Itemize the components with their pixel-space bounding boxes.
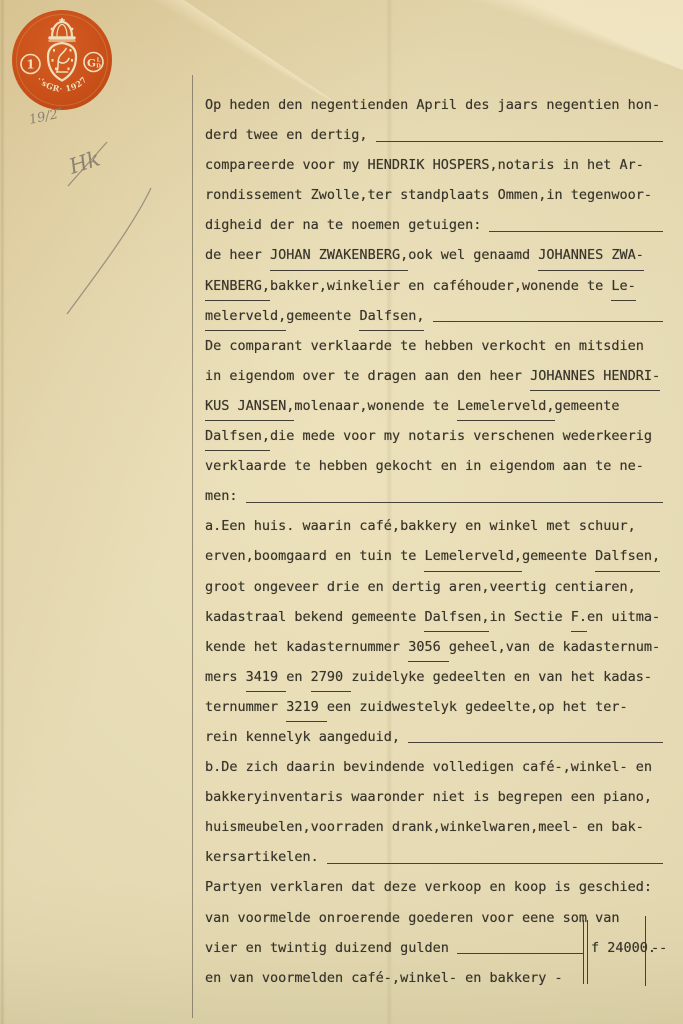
pencil-stroke <box>67 188 151 314</box>
filler-rule <box>376 141 663 142</box>
deed-line: de heer JOHAN ZWAKENBERG,ook wel genaamd… <box>205 240 663 270</box>
underlined-text: 3056 <box>408 632 449 662</box>
deed-line: ternummer 3219 een zuidwestelyk gedeelte… <box>205 692 663 722</box>
deed-text: gemeente <box>555 391 620 421</box>
underlined-text: F. <box>571 602 587 632</box>
deed-line: De comparant verklaarde te hebben verkoc… <box>205 331 663 361</box>
deed-text: de heer <box>205 240 270 270</box>
deed-line: derd twee en dertig, <box>205 120 663 150</box>
underlined-text: Dalfsen, <box>205 421 270 451</box>
deed-text: kende het kadasternummer <box>205 632 408 662</box>
underlined-text: KENBERG, <box>205 271 270 301</box>
deed-text: Op heden den negentienden April des jaar… <box>205 90 660 120</box>
deed-line: a.Een huis. waarin café,bakkery en winke… <box>205 511 663 541</box>
deed-line: b.De zich daarin bevindende volledigen c… <box>205 752 663 782</box>
deed-text: derd twee en dertig, <box>205 120 376 150</box>
amount-cents: -- <box>651 933 667 963</box>
underlined-text: melerveld, <box>205 301 286 331</box>
svg-text:1: 1 <box>26 58 34 72</box>
underlined-text: 2790 <box>311 662 352 692</box>
pencil-initials: Hk <box>65 146 103 179</box>
svg-text:G: G <box>87 58 96 70</box>
deed-text: Partyen verklaren dat deze verkoop en ko… <box>205 872 652 902</box>
deed-text <box>424 301 432 331</box>
deed-text: huismeubelen,voorraden drank,winkelwaren… <box>205 812 644 842</box>
filler-rule <box>408 742 663 743</box>
deed-text: in eigendom over te dragen aan den heer <box>205 361 530 391</box>
deed-line: van voormelde onroerende goederen voor e… <box>205 903 663 933</box>
filler-rule <box>327 863 663 864</box>
deed-text: vier en twintig duizend gulden <box>205 933 457 963</box>
deed-line: mers 3419 en 2790 zuidelyke gedeelten en… <box>205 662 663 692</box>
deed-line: en van voormelden café-,winkel- en bakke… <box>205 963 663 993</box>
deed-text: erven,boomgaard en tuin te <box>205 541 424 571</box>
deed-line: verklaarde te hebben gekocht en in eigen… <box>205 451 663 481</box>
deed-line: compareerde voor my HENDRIK HOSPERS,nota… <box>205 150 663 180</box>
deed-text: kadastraal bekend gemeente <box>205 602 424 632</box>
underlined-text: Dalfsen, <box>424 602 489 632</box>
deed-text: zuidelyke gedeelten en van het kadas- <box>351 662 652 692</box>
revenue-stamp-seal: 1 G L D ·'sGR· 1927 <box>12 8 116 112</box>
deed-text-block: Op heden den negentienden April des jaar… <box>205 90 663 993</box>
pencil-annotations: 19/2″ Hk <box>10 100 170 325</box>
filler-rule <box>489 231 663 232</box>
deed-text: ook wel genaamd <box>408 240 538 270</box>
deed-line: rein kennelyk aangeduid, <box>205 722 663 752</box>
deed-line: vier en twintig duizend gulden <box>205 933 583 963</box>
amount-divider-double <box>583 920 584 984</box>
deed-line: digheid der na te noemen getuigen: <box>205 210 663 240</box>
deed-text: een zuidwestelyk gedeelte,op het ter- <box>327 692 628 722</box>
deed-text: bakkeryinventaris waaronder niet is begr… <box>205 782 652 812</box>
svg-text:D: D <box>96 64 101 70</box>
deed-text: en <box>286 662 310 692</box>
deed-line: kersartikelen. <box>205 842 663 872</box>
deed-line: rondissement Zwolle,ter standplaats Omme… <box>205 180 663 210</box>
deed-line: in eigendom over te dragen aan den heer … <box>205 361 663 391</box>
deed-text: De comparant verklaarde te hebben verkoc… <box>205 331 644 361</box>
deed-text: en van voormelden café-,winkel- en bakke… <box>205 963 563 993</box>
deed-line: Op heden den negentienden April des jaar… <box>205 90 663 120</box>
deed-line: erven,boomgaard en tuin te Lemelerveld,g… <box>205 541 663 571</box>
deed-line: groot ongeveer drie en dertig aren,veert… <box>205 572 663 602</box>
underlined-text: Lemelerveld, <box>457 391 555 421</box>
filler-rule <box>433 321 663 322</box>
deed-text: digheid der na te noemen getuigen: <box>205 210 489 240</box>
pencil-fraction: 19/2″ <box>28 106 65 128</box>
deed-line: Dalfsen,die mede voor my notaris versche… <box>205 421 663 451</box>
filler-rule <box>457 953 583 954</box>
deed-line: men: <box>205 481 663 511</box>
deed-text: ternummer <box>205 692 286 722</box>
deed-text: rein kennelyk aangeduid, <box>205 722 408 752</box>
deed-text: geheel,van de kadasternum- <box>449 632 660 662</box>
deed-text: verklaarde te hebben gekocht en in eigen… <box>205 451 644 481</box>
deed-text: rondissement Zwolle,ter standplaats Omme… <box>205 180 652 210</box>
deed-line: KENBERG,bakker,winkelier en caféhouder,w… <box>205 271 663 301</box>
underlined-text: JOHAN ZWAKENBERG, <box>270 240 408 270</box>
filler-rule <box>246 502 663 503</box>
underlined-text: Le- <box>611 271 635 301</box>
underlined-text: 3219 <box>286 692 327 722</box>
deed-line: Partyen verklaren dat deze verkoop en ko… <box>205 872 663 902</box>
deed-text: mers <box>205 662 246 692</box>
underlined-text: JOHANNES HENDRI- <box>530 361 660 391</box>
deed-text: kersartikelen. <box>205 842 327 872</box>
amount-divider-double <box>587 920 588 984</box>
deed-text: a.Een huis. waarin café,bakkery en winke… <box>205 511 636 541</box>
deed-text: bakker,winkelier en caféhouder,wonende t… <box>270 271 611 301</box>
deed-line: huismeubelen,voorraden drank,winkelwaren… <box>205 812 663 842</box>
deed-line: kadastraal bekend gemeente Dalfsen,in Se… <box>205 602 663 632</box>
deed-text: b.De zich daarin bevindende volledigen c… <box>205 752 652 782</box>
underlined-text: KUS JANSEN, <box>205 391 294 421</box>
deed-line: melerveld,gemeente Dalfsen, <box>205 301 663 331</box>
deed-text: in Sectie <box>489 602 570 632</box>
deed-line: bakkeryinventaris waaronder niet is begr… <box>205 782 663 812</box>
underlined-text: JOHANNES ZWA- <box>538 240 644 270</box>
deed-text: die mede voor my notaris verschenen wede… <box>270 421 652 451</box>
underlined-text: Dalfsen, <box>595 541 660 571</box>
underlined-text: Lemelerveld, <box>424 541 522 571</box>
deed-line: KUS JANSEN,molenaar,wonende te Lemelerve… <box>205 391 663 421</box>
deed-text: groot ongeveer drie en dertig aren,veert… <box>205 572 636 602</box>
deed-text: van voormelde onroerende goederen voor e… <box>205 903 620 933</box>
underlined-text: 3419 <box>246 662 287 692</box>
deed-line: kende het kadasternummer 3056 geheel,van… <box>205 632 663 662</box>
deed-text: gemeente <box>286 301 359 331</box>
scanned-deed-page: 1 G L D ·'sGR· 1927 19/2″ Hk Op heden de… <box>0 0 683 1024</box>
amount-value: f 24000. <box>591 933 656 963</box>
deed-text: molenaar,wonende te <box>294 391 457 421</box>
margin-rule <box>192 75 193 1018</box>
deed-text: gemeente <box>522 541 595 571</box>
deed-text: compareerde voor my HENDRIK HOSPERS,nota… <box>205 150 644 180</box>
underlined-text: Dalfsen, <box>359 301 424 331</box>
deed-text: men: <box>205 481 246 511</box>
deed-text: en uitma- <box>587 602 660 632</box>
